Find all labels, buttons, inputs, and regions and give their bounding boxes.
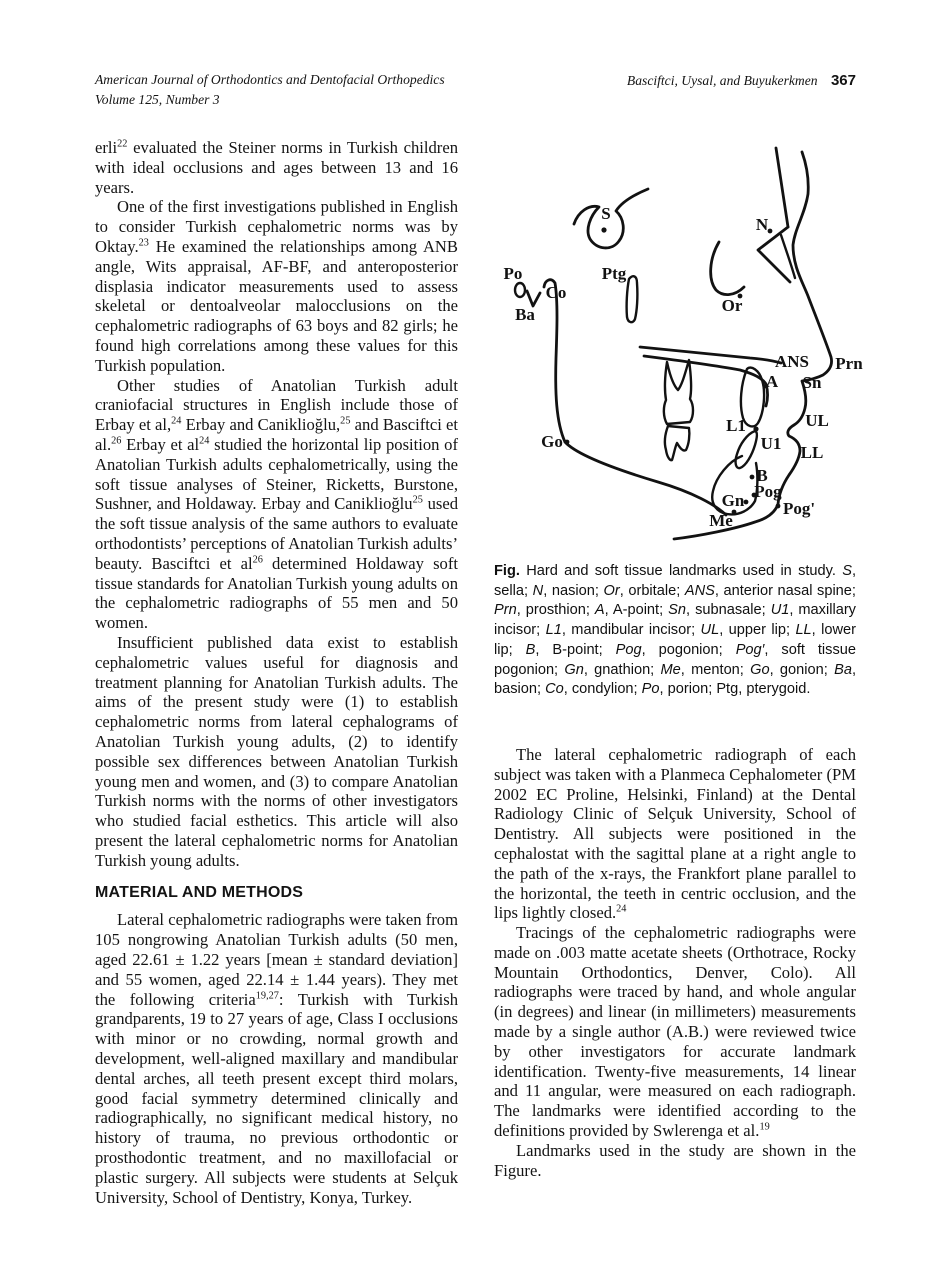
paragraph: Other studies of Anatolian Turkish adult…	[95, 376, 458, 633]
page-header: American Journal of Orthodontics and Den…	[95, 70, 856, 111]
paragraph: Tracings of the cephalometric radiograph…	[494, 923, 856, 1141]
landmark-label-ans: ANS	[775, 352, 809, 371]
running-head: Basciftci, Uysal, and Buyukerkmen 367	[627, 70, 856, 93]
tracing-sella	[574, 189, 648, 248]
landmark-label-prn: Prn	[835, 354, 863, 373]
landmark-label-n: N	[756, 215, 769, 234]
journal-info: American Journal of Orthodontics and Den…	[95, 70, 445, 111]
tracing-palate-upper	[640, 347, 781, 363]
landmark-label-or: Or	[722, 296, 743, 315]
page-number: 367	[831, 72, 856, 89]
authors: Basciftci, Uysal, and Buyukerkmen	[627, 73, 818, 88]
soft-pogonion-point	[776, 504, 781, 509]
paragraph: Landmarks used in the study are shown in…	[494, 1141, 856, 1181]
tracing-lower-incisor	[736, 431, 757, 468]
left-column: erli22 evaluated the Steiner norms in Tu…	[95, 138, 458, 1207]
landmark-label-ptg: Ptg	[602, 264, 627, 283]
b-point	[750, 475, 755, 480]
tracing-basion	[527, 291, 540, 306]
sella-point	[601, 227, 606, 232]
landmark-label-pog: Pog	[754, 482, 782, 501]
paragraph: One of the first investigations publishe…	[95, 197, 458, 375]
journal-page: American Journal of Orthodontics and Den…	[0, 0, 950, 1272]
tracing-palate-lower	[644, 356, 768, 406]
tracing-soft-profile	[674, 152, 832, 539]
tracing-upper-molar	[664, 360, 693, 424]
right-column: SNPoPtgCoBaOrANSPrnASnGoL1ULU1LLBPogGnPo…	[494, 138, 856, 1180]
journal-title: American Journal of Orthodontics and Den…	[95, 70, 445, 90]
landmark-label-gn: Gn	[722, 491, 745, 510]
landmark-label-a: A	[766, 372, 779, 391]
landmark-label-me: Me	[709, 511, 733, 530]
landmark-label-go: Go	[541, 432, 563, 451]
tracing-orbit	[711, 242, 744, 295]
tracing-lower-molar	[665, 426, 689, 460]
landmark-label-pog-prime: Pog'	[783, 499, 815, 518]
landmark-label-co: Co	[546, 283, 567, 302]
section-heading: MATERIAL AND METHODS	[95, 884, 458, 902]
landmark-label-ba: Ba	[515, 305, 535, 324]
gonion-point	[565, 440, 570, 445]
paragraph: erli22 evaluated the Steiner norms in Tu…	[95, 138, 458, 197]
landmark-label-l1: L1	[726, 416, 746, 435]
landmark-label-ul: UL	[805, 411, 829, 430]
paragraph: The lateral cephalometric radiograph of …	[494, 745, 856, 923]
tracing-porion	[515, 283, 525, 297]
nasion-point	[768, 229, 773, 234]
landmark-label-u1: U1	[761, 434, 782, 453]
tracing-nasal-wedge	[758, 227, 790, 282]
landmark-label-ll: LL	[801, 443, 824, 462]
paragraph: Lateral cephalometric radiographs were t…	[95, 910, 458, 1207]
tracing-frontal-bone	[776, 148, 788, 227]
landmark-label-po: Po	[504, 264, 523, 283]
cephalometric-tracing: SNPoPtgCoBaOrANSPrnASnGoL1ULU1LLBPogGnPo…	[478, 138, 878, 558]
figure: SNPoPtgCoBaOrANSPrnASnGoL1ULU1LLBPogGnPo…	[478, 138, 856, 558]
landmark-label-s: S	[601, 204, 610, 223]
paragraph: Insufficient published data exist to est…	[95, 633, 458, 871]
figure-caption: Fig. Hard and soft tissue landmarks used…	[494, 562, 856, 700]
journal-volume: Volume 125, Number 3	[95, 90, 445, 110]
landmark-label-sn: Sn	[803, 373, 822, 392]
tracing-pterygoid	[627, 276, 638, 322]
incisal-contact-point	[753, 426, 758, 431]
